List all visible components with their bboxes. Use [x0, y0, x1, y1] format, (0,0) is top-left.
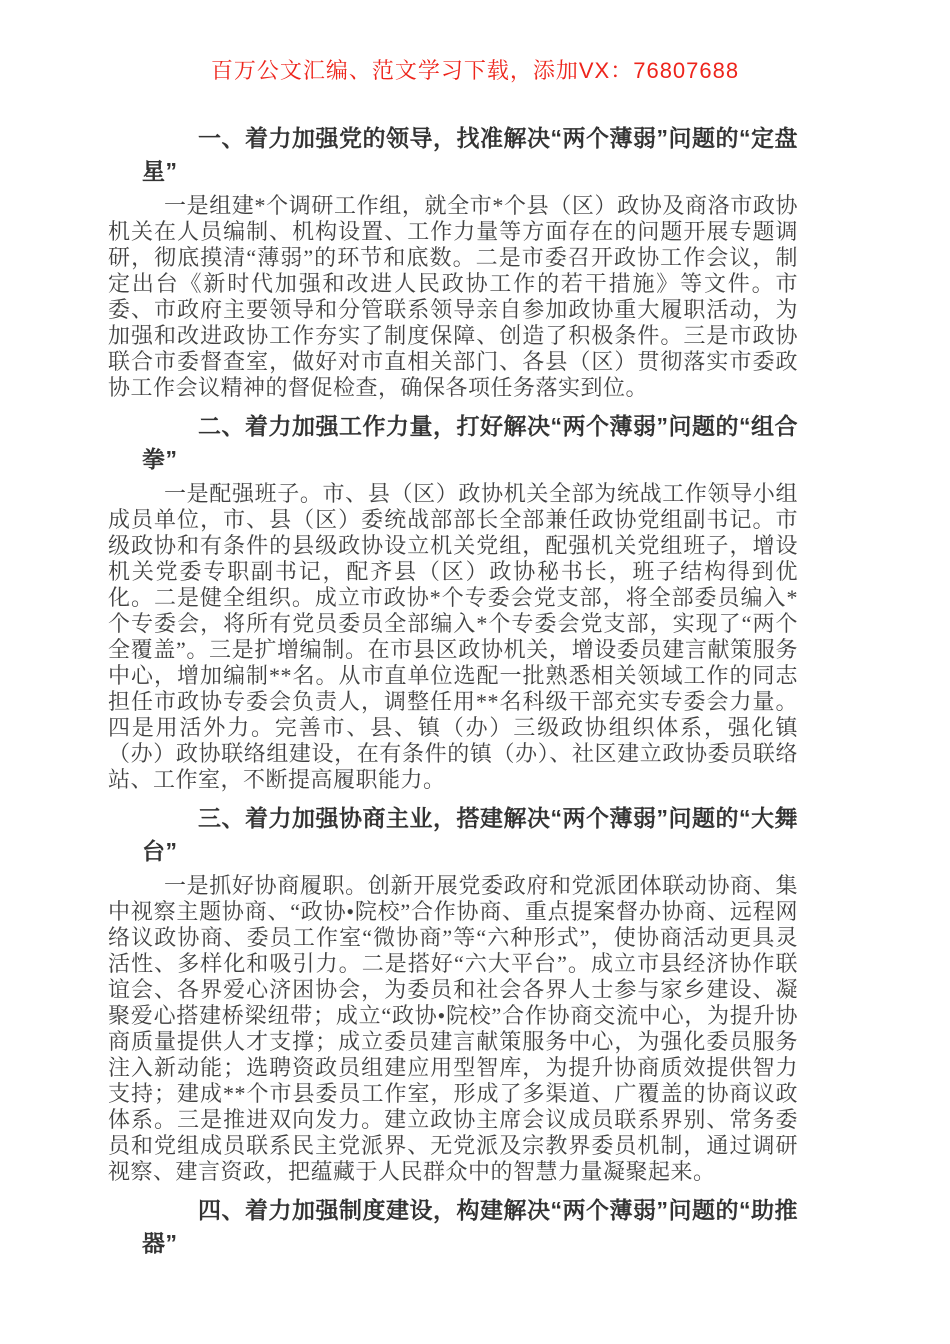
document-section-3: 三、着力加强协商主业，搭建解决“两个薄弱”问题的“大舞台” 一是抓好协商履职。创…: [108, 802, 798, 1185]
document-section-1: 一、着力加强党的领导，找准解决“两个薄弱”问题的“定盘星” 一是组建*个调研工作…: [108, 122, 798, 401]
document-page: 百万公文汇编、范文学习下载，添加VX：76807688 一、着力加强党的领导，找…: [0, 0, 950, 1344]
section-heading-4: 四、着力加强制度建设，构建解决“两个薄弱”问题的“助推器”: [142, 1194, 798, 1260]
promo-watermark-text: 百万公文汇编、范文学习下载，添加VX：76807688: [108, 56, 842, 86]
section-heading-3: 三、着力加强协商主业，搭建解决“两个薄弱”问题的“大舞台”: [142, 802, 798, 868]
document-section-4: 四、着力加强制度建设，构建解决“两个薄弱”问题的“助推器”: [108, 1194, 798, 1260]
section-heading-1: 一、着力加强党的领导，找准解决“两个薄弱”问题的“定盘星”: [142, 122, 798, 188]
section-paragraph-2: 一是配强班子。市、县（区）政协机关全部为统战工作领导小组成员单位，市、县（区）委…: [108, 481, 798, 793]
section-paragraph-1: 一是组建*个调研工作组，就全市*个县（区）政协及商洛市政协机关在人员编制、机构设…: [108, 193, 798, 401]
section-paragraph-3: 一是抓好协商履职。创新开展党委政府和党派团体联动协商、集中视察主题协商、“政协•…: [108, 873, 798, 1185]
document-section-2: 二、着力加强工作力量，打好解决“两个薄弱”问题的“组合拳” 一是配强班子。市、县…: [108, 410, 798, 793]
document-body: 一、着力加强党的领导，找准解决“两个薄弱”问题的“定盘星” 一是组建*个调研工作…: [108, 122, 798, 1260]
section-heading-2: 二、着力加强工作力量，打好解决“两个薄弱”问题的“组合拳”: [142, 410, 798, 476]
